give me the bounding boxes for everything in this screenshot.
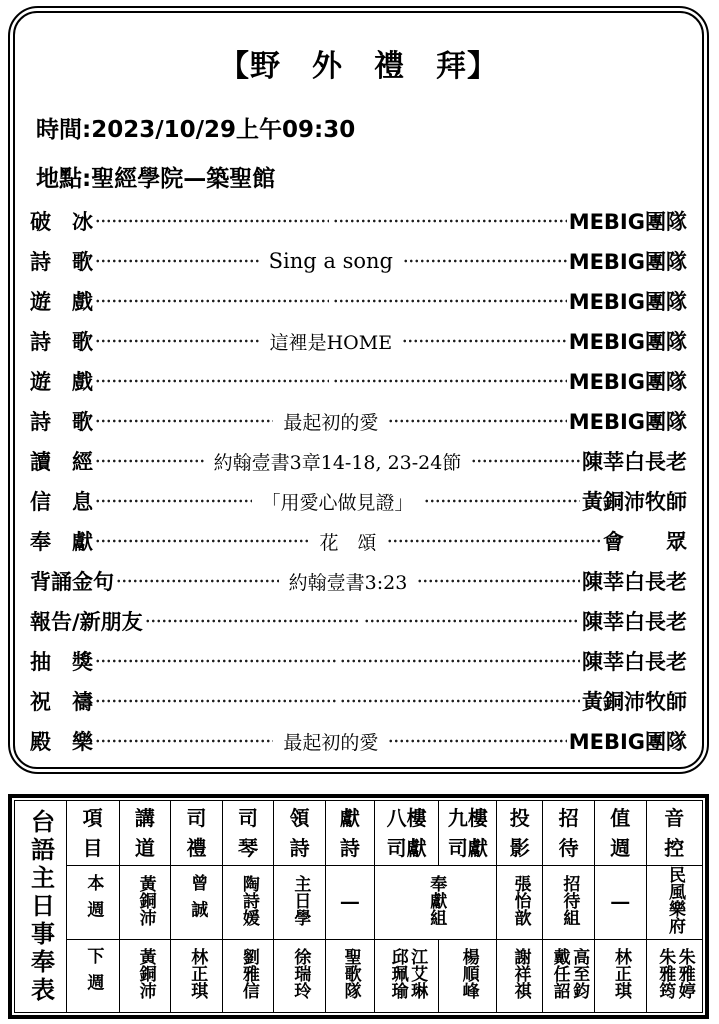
dot-leader [402, 331, 567, 351]
dot-leader [95, 491, 252, 511]
dot-leader [340, 691, 581, 711]
dot-leader [388, 411, 566, 431]
dot-leader [333, 211, 567, 231]
cell-nextweek-offering-9f: 楊順峰 [439, 940, 497, 1013]
service-item-assignee: 黃銅沛牧師 [582, 686, 687, 716]
service-item-label: 信 息 [30, 486, 93, 516]
service-item-detail: 最起初的愛 [275, 728, 386, 755]
service-item-label: 詩 歌 [30, 326, 93, 356]
program-title: 【野 外 禮 拜】 [30, 41, 687, 85]
header-liturgist: 司禮 [171, 801, 223, 866]
church-bulletin-page: 【野 外 禮 拜】 時間:2023/10/29上午09:30 地點:聖經學院—築… [0, 0, 719, 1024]
cell-thisweek-choir: ― [325, 866, 374, 940]
header-offering-9f: 九樓司獻 [439, 801, 497, 866]
header-sound: 音控 [646, 801, 702, 866]
service-item-label: 背誦金句 [30, 566, 114, 596]
cell-nextweek-label: 下週 [66, 940, 119, 1013]
roster-side-title: 台語主日事奉表 [27, 809, 53, 1005]
service-item-label: 詩 歌 [30, 406, 93, 436]
service-item-label: 遊 戲 [30, 286, 93, 316]
service-row: 報告/新朋友陳莘白長老 [30, 601, 687, 641]
cell-nextweek-ushers: 高至鈞戴任詔 [543, 940, 595, 1013]
service-item-assignee: MEBIG團隊 [569, 286, 687, 316]
program-box-border: 【野 外 禮 拜】 時間:2023/10/29上午09:30 地點:聖經學院—築… [8, 6, 709, 774]
dot-leader [95, 451, 204, 471]
roster-side-title-cell: 台語主日事奉表 [15, 801, 67, 1013]
dot-leader [145, 611, 361, 631]
dot-leader [388, 731, 566, 751]
dot-leader [333, 371, 567, 391]
dot-leader [95, 331, 260, 351]
header-offering-8f: 八樓司獻 [374, 801, 439, 866]
cell-thisweek-duty: ― [594, 866, 646, 940]
service-item-assignee: MEBIG團隊 [569, 726, 687, 756]
cell-nextweek-offering-8f: 江艾琳邱珮瑜 [374, 940, 439, 1013]
cell-nextweek-liturgist: 林正琪 [171, 940, 223, 1013]
service-item-assignee: MEBIG團隊 [569, 206, 687, 236]
service-item-label: 遊 戲 [30, 366, 93, 396]
service-row: 奉 獻花 頌會 眾 [30, 521, 687, 561]
service-item-assignee: 會 眾 [603, 526, 687, 556]
cell-nextweek-projection: 謝祥祺 [497, 940, 543, 1013]
service-row: 詩 歌Sing a songMEBIG團隊 [30, 241, 687, 281]
dot-leader [424, 491, 581, 511]
dot-leader [364, 611, 580, 631]
service-item-label: 報告/新朋友 [30, 606, 143, 636]
service-item-assignee: 陳莘白長老 [582, 606, 687, 636]
dot-leader [95, 531, 310, 551]
header-duty-week: 值週 [594, 801, 646, 866]
dot-leader [387, 531, 602, 551]
header-ushers: 招待 [543, 801, 595, 866]
program-time: 時間:2023/10/29上午09:30 [36, 111, 687, 144]
cell-nextweek-choir: 聖歌隊 [325, 940, 374, 1013]
cell-thisweek-song-leader: 主日學 [274, 866, 326, 940]
duty-roster-border: 台語主日事奉表 項目 講道 司禮 司琴 領詩 獻詩 八樓司獻 九樓司獻 投影 招… [8, 794, 709, 1019]
dot-leader [417, 571, 580, 591]
cell-nextweek-pianist: 劉雅信 [222, 940, 274, 1013]
service-item-assignee: 陳莘白長老 [582, 646, 687, 676]
service-item-detail: 最起初的愛 [275, 408, 386, 435]
service-item-detail: 花 頌 [312, 528, 385, 555]
dot-leader [95, 651, 336, 671]
header-choir: 獻詩 [325, 801, 374, 866]
service-item-assignee: 黃銅沛牧師 [582, 486, 687, 516]
service-row: 詩 歌這裡是HOMEMEBIG團隊 [30, 321, 687, 361]
dot-leader [95, 251, 259, 271]
dot-leader [116, 571, 279, 591]
service-row: 讀 經約翰壹書3章14-18, 23-24節陳莘白長老 [30, 441, 687, 481]
dot-leader [95, 371, 329, 391]
dot-leader [95, 211, 329, 231]
service-item-detail: 約翰壹書3章14-18, 23-24節 [206, 448, 470, 475]
duty-roster-table: 台語主日事奉表 項目 講道 司禮 司琴 領詩 獻詩 八樓司獻 九樓司獻 投影 招… [14, 800, 703, 1013]
program-place: 地點:聖經學院—築聖館 [36, 160, 687, 193]
service-item-label: 讀 經 [30, 446, 93, 476]
header-pianist: 司琴 [222, 801, 274, 866]
cell-thisweek-ushers: 招待組 [543, 866, 595, 940]
header-item: 項目 [66, 801, 119, 866]
cell-thisweek-pianist: 陶詩媛 [222, 866, 274, 940]
service-item-assignee: MEBIG團隊 [569, 406, 687, 436]
dot-leader [95, 731, 273, 751]
dot-leader [403, 251, 567, 271]
cell-thisweek-sound: 民風樂府 [646, 866, 702, 940]
cell-thisweek-projection: 張怡歆 [497, 866, 543, 940]
service-row: 破 冰MEBIG團隊 [30, 201, 687, 241]
service-row: 背誦金句約翰壹書3:23陳莘白長老 [30, 561, 687, 601]
dot-leader [333, 291, 567, 311]
service-row: 信 息「用愛心做見證」黃銅沛牧師 [30, 481, 687, 521]
service-item-detail: 這裡是HOME [262, 328, 400, 355]
service-item-label: 殿 樂 [30, 726, 93, 756]
service-item-detail: Sing a song [261, 249, 401, 273]
dot-leader [95, 291, 329, 311]
service-item-label: 奉 獻 [30, 526, 93, 556]
service-row: 詩 歌最起初的愛MEBIG團隊 [30, 401, 687, 441]
service-row: 祝 禱黃銅沛牧師 [30, 681, 687, 721]
cell-nextweek-sound: 朱雅婷朱雅筠 [646, 940, 702, 1013]
service-row: 抽 獎陳莘白長老 [30, 641, 687, 681]
cell-thisweek-preaching: 黃銅沛 [119, 866, 171, 940]
service-item-assignee: MEBIG團隊 [569, 326, 687, 356]
header-preaching: 講道 [119, 801, 171, 866]
service-item-label: 詩 歌 [30, 246, 93, 276]
service-item-assignee: MEBIG團隊 [569, 246, 687, 276]
header-projection: 投影 [497, 801, 543, 866]
service-row: 遊 戲MEBIG團隊 [30, 281, 687, 321]
program-box: 【野 外 禮 拜】 時間:2023/10/29上午09:30 地點:聖經學院—築… [13, 11, 704, 769]
cell-thisweek-liturgist: 曾誠 [171, 866, 223, 940]
service-item-detail: 「用愛心做見證」 [254, 488, 422, 515]
cell-nextweek-preaching: 黃銅沛 [119, 940, 171, 1013]
dot-leader [95, 691, 336, 711]
service-item-assignee: 陳莘白長老 [582, 446, 687, 476]
service-item-label: 破 冰 [30, 206, 93, 236]
dot-leader [340, 651, 581, 671]
service-item-label: 祝 禱 [30, 686, 93, 716]
service-row: 遊 戲MEBIG團隊 [30, 361, 687, 401]
service-item-label: 抽 獎 [30, 646, 93, 676]
cell-nextweek-song-leader: 徐瑞玲 [274, 940, 326, 1013]
service-item-assignee: MEBIG團隊 [569, 366, 687, 396]
cell-nextweek-duty: 林正琪 [594, 940, 646, 1013]
service-item-detail: 約翰壹書3:23 [281, 568, 416, 595]
cell-thisweek-offering-merged: 奉獻組 [374, 866, 496, 940]
service-item-assignee: 陳莘白長老 [582, 566, 687, 596]
service-row: 殿 樂最起初的愛MEBIG團隊 [30, 721, 687, 761]
dot-leader [471, 451, 580, 471]
service-order-list: 破 冰MEBIG團隊 詩 歌Sing a songMEBIG團隊 遊 戲MEBI… [30, 201, 687, 763]
header-song-leader: 領詩 [274, 801, 326, 866]
dot-leader [95, 411, 273, 431]
cell-thisweek-label: 本週 [66, 866, 119, 940]
